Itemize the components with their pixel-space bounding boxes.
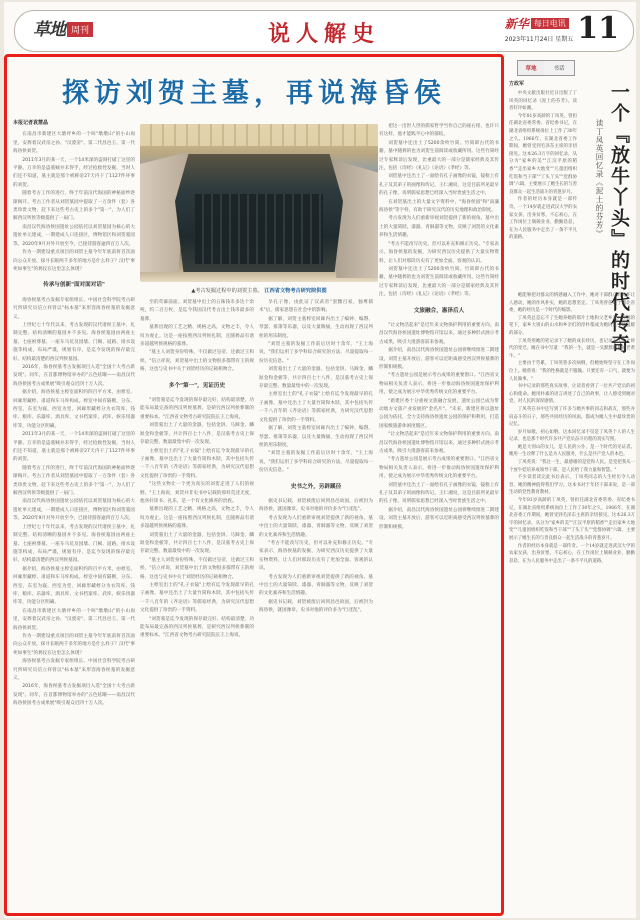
paragraph: 上世纪七十年代以来，考古发现的汉代诸侯王墓中，礼制完整、结构清晰的墓园并不多见。… [13,322,135,364]
paragraph: 她是大别山的女儿，是人民的公仆，是一个时代的见证者。她用一生诠释了什么是为人民服… [509,444,635,459]
sidebar-article[interactable]: 草地 书话 方政军 一个『放牛丫头』的时代传奇 读丁凤英回忆录《泥土的芬芳》 中… [509,54,639,916]
paragraph: 据介绍，海昏侯墓主椁室面积约四百平方米，由椁室、回廊形藏椁、甬道和车马库构成。椁… [13,389,135,431]
sidebar-subtitle: 读丁凤英回忆录《泥土的芬芳》 [595,119,605,238]
paragraph: 主椁室出土的"孔子衣镜"上绘有迄今发现最早的孔子画像，墓中还出土了大量竹简和木牍… [140,448,254,482]
paragraph: 作为一期建设重点项目的刘贺主墓今年年底前将首次面向公众开放。探寻长眠两千多年的地… [13,249,135,274]
page-number: 11 [577,14,619,44]
paragraph: 作为一期建设重点项目的刘贺主墓今年年底前将首次面向公众开放。探寻长眠两千多年的地… [13,633,135,658]
paragraph: 刘贺墓中还出土了一面绘有孔子画像的衣镜，镜框上有孔子及其弟子的画像和传记。王仁湘… [379,482,499,507]
issue-date: 2023年11月24日 星期五 [505,34,573,43]
paragraph: 随着考古工作的进行，终于年前汉代海国的神秘面纱逐渐揭开。考古工作者从刘贺墓园中提… [13,190,135,224]
paragraph: 2011年3月的某一天，一个14米深的盗洞打破了这里的平静。万幸的是盗墓贼并未得… [13,157,135,191]
tag-label: 书话 [544,61,574,75]
paragraph: 刘贺墓中还出土了一面绘有孔子画像的衣镜，镜框上有孔子及其弟子的画像和传记。王仁湘… [379,173,499,198]
paragraph: "考古遗址公园是展示考古成果的重要窗口。"江西省文物局相关负责人表示，将进一步推… [379,456,499,481]
paragraph: 随着考古工作的进行，终于年前汉代海国的神秘面纱逐渐揭开。考古工作者从刘贺墓园中提… [13,465,135,499]
subhead: 多个"第一"，见证历史 [140,382,254,390]
paragraph: 早孔子像，由此证了汉武帝"罢黜百家，独尊儒术"后，儒家思想在社会中的影响。 [259,299,373,316]
paragraph: 主椁室出土的"孔子衣镜"上绘有迄今发现最早的孔子画像，墓中还出土了大量竹简和木牍… [140,582,254,616]
paragraph: 南昌汉代海昏侯国遗址公园依托以刘贺墓园为核心的大遗址单元建成，一期建成人口连接区… [13,224,135,249]
paragraph: 丁凤英用她的笔记录下了她的成长经历，也记录下了一个时代的变迁。她在书中写道："我… [509,338,635,361]
paragraph: 据史书记载，刘贺被废后回到昌邑故国，后被封为海昏侯，就国豫章。史书对他的评价多为… [259,498,373,515]
paragraph: 作者的经历本身就是一部传奇。一个14岁就走进武汉大学的农家女孩，出身贫寒，不忘初… [509,196,577,242]
column-tag: 草地 书话 [517,60,575,76]
paragraph: "考古遗址公园是展示考古成果的重要窗口。"江西省文物局相关负责人表示，将进一步推… [379,372,499,397]
paragraph: 考古发现为人们重新审视刘贺提供了新的视角。墓中出土的大量简牍、漆器、青铜器等文物… [259,574,373,599]
sidebar-column-top: 中央文献出版社近日出版了丁凤英的回忆录《泥土的芬芳》，读者好评如潮。 今年81岁… [509,90,577,290]
paragraph: "刘贺主墓的发掘工作前后历时十余年，"王上海说，"我们运用了多学科综合研究的方法… [259,341,373,366]
paragraph: 2016年，海昏侯墓考古发掘项目入选"全国十大考古新发现"。同年，在首都博物馆举… [13,683,135,708]
paragraph: 刘贺墓出土了大量的金器，包括金饼、马蹄金、麟趾金和金板等，共计四百七十八件，是汉… [259,366,373,391]
paragraph: 在刘贺墓出土的大量文字资料中，"海昏侯国"和"南藩海昏侯"等字样，有助于研究汉代… [379,199,499,216]
paragraph: 在南昌市新建区大塘坪乡的一个叫"墩墩山"的小山岗里，安葬着汉武帝之孙、"汉废帝"… [13,608,135,633]
main-article[interactable]: 探访刘贺主墓，再说海昏侯 本报记者袁慧晶 在南昌市新建区大塘坪乡的一个叫"墩墩山… [4,54,504,916]
paragraph: 主椁室出土的"孔子衣镜"上绘有迄今发现最早的孔子画像，墓中还出土了大量竹简和木牍… [259,391,373,425]
paragraph: 海昏侯墓考古发掘专家组组长、中国社会科学院考古研究所研究员信立祥曾以"标本墓"来… [13,297,135,322]
paragraph: "刘贺墓是迄今发现的保存最完好、结构最清楚、功能布局最完备的西汉列侯墓葬，是研究… [140,397,254,422]
paragraph: 丁凤英在书中还写到了许多与她共事的同志和战友，那些并肩奋斗的日子，那些共同经历的… [509,406,635,429]
paragraph: "这些文物让一个更为真实的刘贺走进了人们的视野。"王上海说，刘贺并非史书中记载的… [140,481,254,506]
paragraph: 今年81岁高龄的丁凤英，曾担任湖北省委常委、省纪委书记，在湖北省组织系统岗位上工… [509,497,635,543]
paragraph: 丁凤英总是忘不了生她养她的那片土地和父老乡亲。在她的笔下，家乡大别山的山水和乡亲… [509,315,635,338]
paragraph: 刘贺墓出土了大量的金器，包括金饼、马蹄金、麟趾金和金板等，共计四百七十八件，是汉… [140,532,254,557]
paragraph: 至的荧幕前面。刘贺墓中出土的五铢钱币多达十余吨，约二百万枚，是迄今我国汉代考古出… [140,299,254,324]
paragraph: 考古发现为人们重新审视刘贺提供了新的视角。墓中出土的大量简牍、漆器、青铜器等文物… [259,515,373,540]
newspaper-page: 草地 周刊 说人解史 新华 每日电讯 2023年11月24日 星期五 11 探访… [4,2,636,918]
paragraph: "考古不能改写历史，但可以补充和修正历史。"专家表示，海昏侯墓的发掘，为研究西汉… [379,241,499,266]
paragraph: 不少读者读完此书后表示，丁凤英同志的人生经历令人动容，她的精神值得我们学习。这本… [509,474,635,497]
paragraph: 她能够把对群众的情感融入工作中，她对干部群众的关怀让人感动，她的作风朴实，她的思… [509,292,635,315]
paragraph: "考古不能改写历史，但可以补充和修正历史。"专家表示，海昏侯墓的发掘，为研究西汉… [259,540,373,574]
article-column-1: 本报记者袁慧晶 在南昌市新建区大塘坪乡的一个叫"墩墩山"的小山岗里，安葬着汉武帝… [13,119,135,909]
paragraph: 据了解，刘贺主墓椁室回廊内出土了编钟、编磬、琴瑟、排箫等乐器，以及大量陶俑，生动… [259,316,373,341]
paragraph: 海昏侯墓考古发掘专家组组长、中国社会科学院考古研究所研究员信立祥曾以"标本墓"来… [13,658,135,683]
subhead: 文旅融合，惠泽后人 [379,307,499,315]
masthead: 草地 周刊 说人解史 新华 每日电讯 2023年11月24日 星期五 11 [14,10,634,52]
subhead: 史书之外，另辟蹊径 [259,483,373,491]
article-column-2: 至的荧幕前面。刘贺墓中出土的五铢钱币多达十余吨，约二百万枚，是迄今我国汉代考古出… [140,299,254,909]
article-column-4: 把这一出世人世的儒家哲学当作自己的座右铭，也许只有这样，他才能践平心中的郁结。 … [379,123,499,909]
paragraph: 今年81岁高龄的丁凤英，曾担任湖北省委常委、省纪委书记，在湖北省组织系统岗位上工… [509,113,577,197]
article-headline: 探访刘贺主墓，再说海昏侯 [7,71,501,110]
paragraph: 刘贺墓出土了大量的金器，包括金饼、马蹄金、麟趾金和金板等，共计四百七十八件，是汉… [140,422,254,447]
paragraph: 据史书记载，刘贺被废后回到昌邑故国，后被封为海昏侯，就国豫章。史书对他的评价多为… [259,599,373,616]
xinhua-logo: 新华 [505,15,529,32]
paragraph: 在南昌市新建区大塘坪乡的一个叫"墩墩山"的小山岗里，安葬着汉武帝之孙、"汉废帝"… [13,131,135,156]
masthead-right: 新华 每日电讯 2023年11月24日 星期五 11 [505,14,619,44]
paragraph: 据介绍，海昏侯墓主椁室面积约四百平方米，由椁室、回廊形藏椁、甬道和车马库构成。椁… [13,566,135,608]
tag-logo: 草地 [518,61,544,75]
photo-credit: 江西省文物考古研究院供图 [264,288,326,294]
paragraph: 南昌汉代海昏侯国遗址公园依托以刘贺墓园为核心的大遗址单元建成，一期建成人口连接区… [13,498,135,523]
paragraph: 刘贺墓中还出土了5200余枚竹简。竹简即古代的书籍，墓中随葬的也为刘贺生前阅读或… [379,266,499,300]
sidebar-column-body: 她能够把对群众的情感融入工作中，她对干部群众的关怀让人感动，她的作风朴实，她的思… [509,292,635,912]
paragraph: 据介绍，南昌汉代海昏侯国遗址公园将继续推进二期建设，刘贺主墓开放后，游客可以近距… [379,507,499,532]
paragraph: 2011年3月的某一天，一个14米深的盗洞打破了这里的平静。万幸的是盗墓贼并未得… [13,431,135,465]
paragraph: "让文物活起来"是近年来文物保护利用的重要方向。南昌汉代海昏侯国遗址博物馆开馆以… [379,322,499,347]
paragraph: "刘贺主墓的发掘工作前后历时十余年，"王上海说，"我们运用了多学科综合研究的方法… [259,450,373,475]
paragraph: 作者的经历本身就是一部传奇。一个14岁就走进武汉大学的农家女孩，出身贫寒，不忘初… [509,543,635,566]
subhead: 传承与创新"面对面对话" [13,281,135,289]
byline: 本报记者袁慧晶 [13,119,135,127]
caption-text: ▲考古发掘过程中的刘贺主墓。 [191,288,262,294]
tomb-photo[interactable] [140,124,378,282]
paragraph: 刘贺墓中还出土了5200余枚竹简。竹简即古代的书籍，墓中随葬的也为刘贺生前阅读或… [379,140,499,174]
article-column-3: 早孔子像，由此证了汉武帝"罢黜百家，独尊儒术"后，儒家思想在社会中的影响。 据了… [259,299,373,909]
paragraph: 把这一出世人世的儒家哲学当作自己的座右铭，也许只有这样，他才能践平心中的郁结。 [379,123,499,140]
brand-block: 新华 每日电讯 2023年11月24日 星期五 [505,15,573,43]
paragraph: 墓葬出现的工艺之精、规格之高，文物之丰，令人叹为观止。这是一座按照西汉列侯礼制，… [140,324,254,349]
paragraph: 中央文献出版社近日出版了丁凤英的回忆录《泥土的芬芳》，读者好评如潮。 [509,90,577,113]
paragraph: 书中记录的那些真实故事，让读者看到了一位共产党员的初心和使命。她用朴素的语言讲述… [509,383,635,406]
paragraph: "刘贺墓是迄今发现的保存最完好、结构最清楚、功能布局最完备的西汉列侯墓葬，是研究… [140,616,254,641]
paragraph: "墓主人刘贺身份特殊，不仅做过皇帝，还做过王和侯，"信立祥说，刘贺墓中出土的文物… [140,349,254,374]
paragraph: 主要由于劳累，丁凤英曾多次病倒，但她始终坚守在工作岗位上。她曾说："我的性格就是… [509,360,635,383]
paragraph: 岁月如歌，初心如磐。这本回忆录不仅是丁凤英个人的人生记录，也是那个时代许多共产党… [509,429,635,444]
paragraph: "让文物活起来"是近年来文物保护利用的重要方向。南昌汉代海昏侯国遗址博物馆开馆以… [379,431,499,456]
paragraph: 上世纪七十年代以来，考古发现的汉代诸侯王墓中，礼制完整、结构清晰的墓园并不多见。… [13,524,135,566]
photo-caption: ▲考古发掘过程中的刘贺主墓。 江西省文物考古研究院供图 [140,287,378,294]
paragraph: 据介绍，南昌汉代海昏侯国遗址公园将继续推进二期建设，刘贺主墓开放后，游客可以近距… [379,347,499,372]
paragraph: 考古发现为人们重新审视刘贺提供了新的视角。墓中出土的大量简牍、漆器、青铜器等文物… [379,215,499,240]
paragraph: 墓葬出现的工艺之精、规格之高，文物之丰，令人叹为观止。这是一座按照西汉列侯礼制，… [140,506,254,531]
paragraph: 2016年，海昏侯墓考古发掘项目入选"全国十大考古新发现"。同年，在首都博物馆举… [13,364,135,389]
paragraph: "新建区委十分重视文旅融合发展，遗址公园已成为带动地方文旅产业发展的"金名片"。… [379,398,499,432]
paragraph: 丁凤英说："我这一生，最感谢的是党和人民。是党把我从一个放牛娃培养成领导干部，是… [509,459,635,474]
sidebar-author: 方政军 [509,80,524,87]
paragraph: 据了解，刘贺主墓椁室回廊内出土了编钟、编磬、琴瑟、排箫等乐器，以及大量陶俑，生动… [259,425,373,450]
daily-label: 每日电讯 [531,18,569,29]
paragraph: "墓主人刘贺身份特殊，不仅做过皇帝，还做过王和侯，"信立祥说，刘贺墓中出土的文物… [140,557,254,582]
